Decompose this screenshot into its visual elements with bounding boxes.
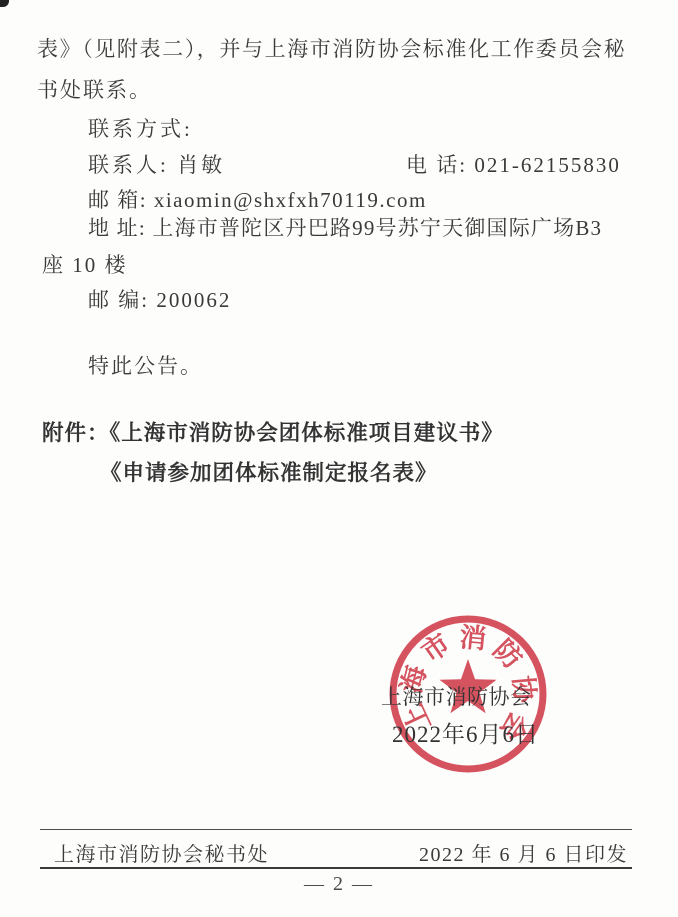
contact-person: 联系人: 肖敏 [88,149,225,179]
contact-email: 邮 箱: xiaomin@shxfxh70119.com [88,184,427,214]
paragraph-line-1: 表》（见附表二），并与上海市消防协会标准化工作委员会秘 [37,33,626,63]
page-number: — 2 — [0,873,678,896]
contact-postal-code: 邮 编: 200062 [88,284,231,314]
contact-method-header: 联系方式: [88,113,193,143]
footer-divider-bottom [40,867,632,869]
attachments-label: 附件： [42,421,110,445]
footer-row: 上海市消防协会秘书处 2022 年 6 月 6 日印发 [40,838,632,867]
attachment-item-1: 《上海市消防协会团体标准项目建议书》 [110,421,504,445]
footer-print-date: 2022 年 6 月 6 日印发 [419,838,632,867]
contact-address-line-1: 地 址: 上海市普陀区丹巴路99号苏宁天御国际广场B3 [88,212,602,242]
svg-text:消: 消 [458,622,488,654]
announcement-closing: 特此公告。 [88,350,203,380]
paragraph-line-2: 书处联系。 [37,74,152,104]
scan-corner-artifact [0,0,9,7]
attachments-line-1: 附件：《上海市消防协会团体标准项目建议书》 [42,416,504,447]
signature-date: 2022年6月6日 [392,716,539,749]
attachment-item-2: 《申请参加团体标准制定报名表》 [100,456,438,487]
document-page: 表》（见附表二），并与上海市消防协会标准化工作委员会秘 书处联系。 联系方式: … [0,0,678,917]
footer-issuer: 上海市消防协会秘书处 [40,838,269,867]
signature-organization: 上海市消防协会 [381,681,532,711]
footer-divider-top [40,829,632,830]
contact-phone: 电 话: 021-62155830 [406,149,621,179]
contact-address-line-2: 座 10 楼 [42,249,128,279]
